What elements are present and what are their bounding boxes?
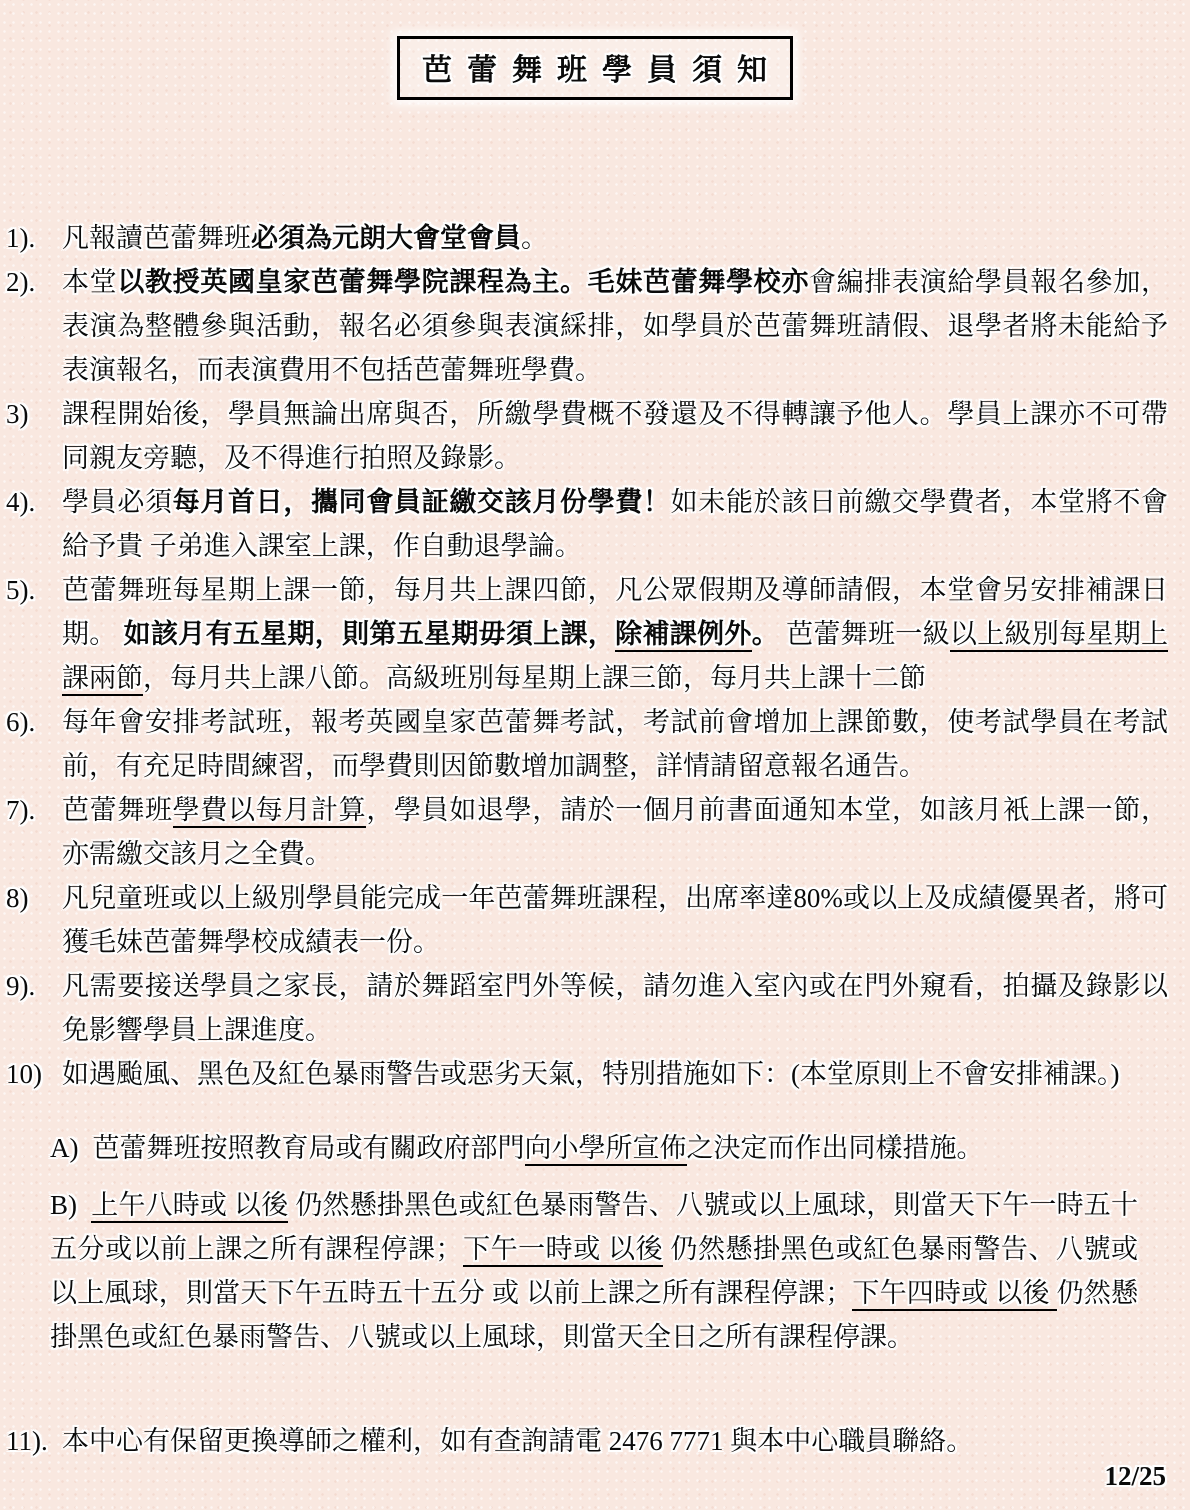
item-text: 凡報讀芭蕾舞班必須為元朗大會堂會員。 bbox=[62, 223, 548, 253]
item-label: 2). bbox=[6, 260, 35, 304]
text-segment: 之決定而作出同樣措施。 bbox=[687, 1133, 984, 1163]
text-segment: 上午八時或 以後 bbox=[91, 1190, 288, 1223]
text-segment: 課程開始後，學員無論出席與否，所繳學費概不發還及不得轉讓予他人。學員上課亦不可帶… bbox=[62, 399, 1168, 473]
text-segment: 芭蕾舞班按照教育局或有關政府部門 bbox=[93, 1133, 525, 1163]
text-segment: 本中心有保留更換導師之權利，如有查詢請電 2476 7771 與本中心職員聯絡。 bbox=[62, 1426, 973, 1456]
text-segment: 以教授英國皇家芭蕾舞學院課程為主。毛妹芭蕾舞學校亦 bbox=[117, 267, 809, 297]
notice-list: 1).凡報讀芭蕾舞班必須為元朗大會堂會員。2).本堂以教授英國皇家芭蕾舞學院課程… bbox=[0, 216, 1190, 1463]
item-label: A) bbox=[50, 1133, 79, 1163]
item-label: 5). bbox=[6, 568, 35, 612]
item-label: 3) bbox=[6, 392, 29, 436]
title-area: 芭蕾舞班學員須知 bbox=[0, 0, 1190, 100]
page-title: 芭蕾舞班學員須知 bbox=[397, 36, 793, 100]
text-segment: ，每月共上課八節。高級班別每星期上課三節，每月共上課十二節 bbox=[143, 663, 926, 693]
item-text: 本中心有保留更換導師之權利，如有查詢請電 2476 7771 與本中心職員聯絡。 bbox=[62, 1426, 973, 1456]
item-text: 課程開始後，學員無論出席與否，所繳學費概不發還及不得轉讓予他人。學員上課亦不可帶… bbox=[62, 399, 1168, 473]
item-label: 1). bbox=[6, 216, 35, 260]
notice-item: 10)如遇颱風、黑色及紅色暴雨警告或惡劣天氣，特別措施如下：(本堂原則上不會安排… bbox=[6, 1052, 1168, 1096]
item-text: 芭蕾舞班學費以每月計算，學員如退學，請於一個月前書面通知本堂，如該月衹上課一節，… bbox=[62, 795, 1168, 869]
text-segment: 學員必須 bbox=[62, 487, 173, 517]
text-segment: 凡需要接送學員之家長，請於舞蹈室門外等候，請勿進入室內或在門外窺看，拍攝及錄影以… bbox=[62, 971, 1168, 1045]
notice-item: 8)凡兒童班或以上級別學員能完成一年芭蕾舞班課程，出席率達80%或以上及成績優異… bbox=[6, 876, 1168, 964]
page-number: 12/25 bbox=[1104, 1461, 1166, 1492]
item-text: 芭蕾舞班每星期上課一節，每月共上課四節，凡公眾假期及導師請假，本堂會另安排補課日… bbox=[62, 575, 1168, 696]
text-segment: 必須為元朗大會堂會員 bbox=[251, 223, 521, 253]
text-segment: 下午一時或 以後 bbox=[463, 1234, 664, 1267]
text-segment: 學費以每月計算 bbox=[173, 795, 367, 828]
item-text: 上午八時或 以後 仍然懸掛黑色或紅色暴雨警告、八號或以上風球，則當天下午一時五十… bbox=[50, 1190, 1138, 1352]
text-segment: 。 bbox=[752, 619, 779, 649]
item-text: 凡兒童班或以上級別學員能完成一年芭蕾舞班課程，出席率達80%或以上及成績優異者，… bbox=[62, 883, 1168, 957]
item-text: 芭蕾舞班按照教育局或有關政府部門向小學所宣佈之決定而作出同樣措施。 bbox=[93, 1133, 984, 1166]
text-segment: 本堂 bbox=[62, 267, 117, 297]
text-segment: 如該月有五星期，則第五星期毋須上課， bbox=[124, 619, 616, 649]
item-label: 9). bbox=[6, 964, 35, 1008]
notice-item: 6).每年會安排考試班，報考英國皇家芭蕾舞考試，考試前會增加上課節數，使考試學員… bbox=[6, 700, 1168, 788]
notice-item: 3)課程開始後，學員無論出席與否，所繳學費概不發還及不得轉讓予他人。學員上課亦不… bbox=[6, 392, 1168, 480]
item-label: B) bbox=[50, 1190, 77, 1220]
item-text: 凡需要接送學員之家長，請於舞蹈室門外等候，請勿進入室內或在門外窺看，拍攝及錄影以… bbox=[62, 971, 1168, 1045]
text-segment: 芭蕾舞班 bbox=[62, 795, 173, 825]
notice-item: A)芭蕾舞班按照教育局或有關政府部門向小學所宣佈之決定而作出同樣措施。 bbox=[50, 1126, 1138, 1170]
notice-item: 2).本堂以教授英國皇家芭蕾舞學院課程為主。毛妹芭蕾舞學校亦會編排表演給學員報名… bbox=[6, 260, 1168, 392]
text-segment: 下午四時或 以後 bbox=[852, 1278, 1056, 1311]
text-segment: 。 bbox=[521, 223, 548, 253]
notice-item: 11).本中心有保留更換導師之權利，如有查詢請電 2476 7771 與本中心職… bbox=[6, 1419, 1168, 1463]
text-segment: 凡兒童班或以上級別學員能完成一年芭蕾舞班課程，出席率達80%或以上及成績優異者，… bbox=[62, 883, 1168, 957]
text-segment: 除補課例外 bbox=[615, 619, 752, 652]
text-segment: 向小學所宣佈 bbox=[525, 1133, 687, 1166]
item-label: 8) bbox=[6, 876, 29, 920]
document-page: { "page": { "title": "芭蕾舞班學員須知", "page_n… bbox=[0, 0, 1190, 1510]
notice-item: 5).芭蕾舞班每星期上課一節，每月共上課四節，凡公眾假期及導師請假，本堂會另安排… bbox=[6, 568, 1168, 700]
notice-item: 7).芭蕾舞班學費以每月計算，學員如退學，請於一個月前書面通知本堂，如該月衹上課… bbox=[6, 788, 1168, 876]
text-segment: 每年會安排考試班，報考英國皇家芭蕾舞考試，考試前會增加上課節數，使考試學員在考試… bbox=[62, 707, 1168, 781]
item-label: 10) bbox=[6, 1052, 42, 1096]
item-text: 本堂以教授英國皇家芭蕾舞學院課程為主。毛妹芭蕾舞學校亦會編排表演給學員報名參加，… bbox=[62, 267, 1168, 385]
notice-item: 1).凡報讀芭蕾舞班必須為元朗大會堂會員。 bbox=[6, 216, 1168, 260]
text-segment: 芭蕾舞班一級 bbox=[779, 619, 950, 649]
text-segment: 如遇颱風、黑色及紅色暴雨警告或惡劣天氣，特別措施如下：(本堂原則上不會安排補課。… bbox=[62, 1059, 1119, 1089]
item-text: 每年會安排考試班，報考英國皇家芭蕾舞考試，考試前會增加上課節數，使考試學員在考試… bbox=[62, 707, 1168, 781]
item-label: 6). bbox=[6, 700, 35, 744]
text-segment: 每月首日，攜同會員証繳交該月份學費！ bbox=[173, 487, 671, 517]
item-label: 7). bbox=[6, 788, 35, 832]
notice-item: B)上午八時或 以後 仍然懸掛黑色或紅色暴雨警告、八號或以上風球，則當天下午一時… bbox=[50, 1183, 1138, 1359]
notice-item: 4).學員必須每月首日，攜同會員証繳交該月份學費！如未能於該日前繳交學費者，本堂… bbox=[6, 480, 1168, 568]
notice-item: 9).凡需要接送學員之家長，請於舞蹈室門外等候，請勿進入室內或在門外窺看，拍攝及… bbox=[6, 964, 1168, 1052]
item-text: 學員必須每月首日，攜同會員証繳交該月份學費！如未能於該日前繳交學費者，本堂將不會… bbox=[62, 487, 1168, 561]
item-text: 如遇颱風、黑色及紅色暴雨警告或惡劣天氣，特別措施如下：(本堂原則上不會安排補課。… bbox=[62, 1059, 1119, 1089]
item-label: 4). bbox=[6, 480, 35, 524]
item-label: 11). bbox=[6, 1419, 48, 1463]
text-segment: 凡報讀芭蕾舞班 bbox=[62, 223, 251, 253]
